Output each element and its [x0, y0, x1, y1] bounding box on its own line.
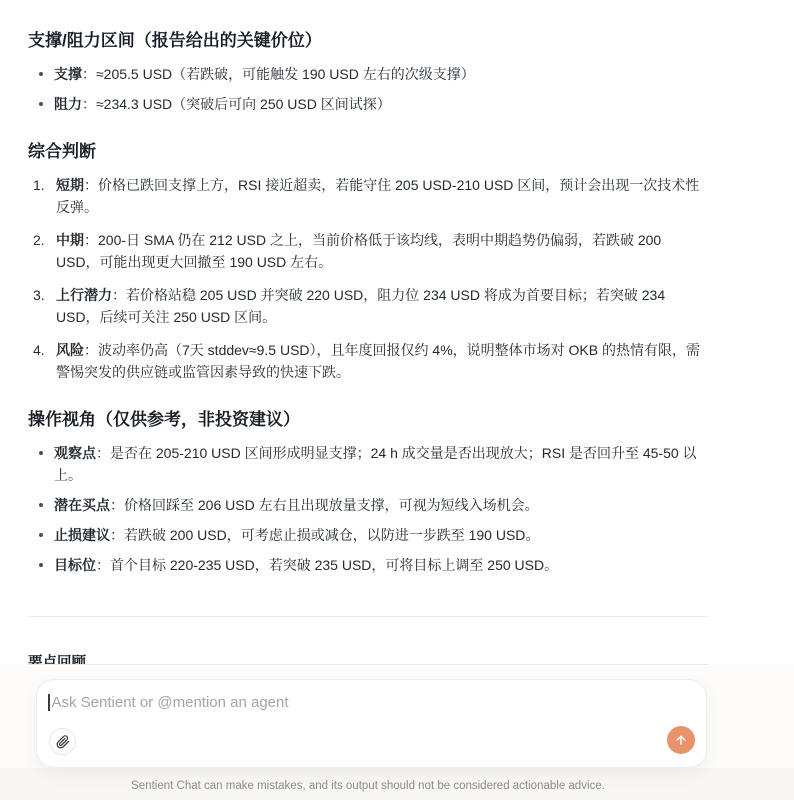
action-view-list: 观察点：是否在 205-210 USD 区间形成明显支撑；24 h 成交量是否出… — [28, 442, 708, 576]
section-heading-support-resistance: 支撑/阻力区间（报告给出的关键价位） — [28, 30, 708, 52]
support-resistance-list: 支撑：≈205.5 USD（若跌破，可能触发 190 USD 左右的次级支撑） … — [28, 63, 708, 115]
chat-composer: Ask Sentient or @mention an agent — [36, 679, 707, 768]
item-label: 中期 — [56, 232, 84, 248]
disclaimer-text: Sentient Chat can make mistakes, and its… — [131, 780, 605, 792]
item-text: ：200-日 SMA 仍在 212 USD 之上，当前价格低于该均线，表明中期趋… — [56, 232, 661, 270]
item-text: ：价格已跌回支撑上方，RSI 接近超卖，若能守住 205 USD-210 USD… — [56, 177, 699, 215]
list-item: 风险：波动率仍高（7天 stddev≈9.5 USD），且年度回报仅约 4%，说… — [28, 339, 708, 383]
composer-top-divider — [28, 664, 708, 665]
item-text: ：若跌破 200 USD，可考虑止损或减仓，以防进一步跌至 190 USD。 — [110, 527, 539, 543]
section-divider — [28, 616, 708, 617]
list-item: 止损建议：若跌破 200 USD，可考虑止损或减仓，以防进一步跌至 190 US… — [28, 524, 708, 546]
item-label: 止损建议 — [54, 527, 110, 543]
list-item: 上行潜力：若价格站稳 205 USD 并突破 220 USD，阻力位 234 U… — [28, 284, 708, 328]
item-text: ：≈234.3 USD（突破后可向 250 USD 区间试探） — [82, 96, 391, 112]
section-heading-overall-judgement: 综合判断 — [28, 141, 708, 163]
chat-input-placeholder: Ask Sentient or @mention an agent — [52, 694, 289, 711]
item-label: 目标位 — [54, 557, 96, 573]
overall-judgement-list: 短期：价格已跌回支撑上方，RSI 接近超卖，若能守住 205 USD-210 U… — [28, 174, 708, 383]
paperclip-icon — [56, 735, 70, 749]
list-item: 目标位：首个目标 220-235 USD，若突破 235 USD，可将目标上调至… — [28, 554, 708, 576]
item-label: 支撑 — [54, 66, 82, 82]
item-text: ：是否在 205-210 USD 区间形成明显支撑；24 h 成交量是否出现放大… — [54, 445, 697, 483]
item-text: ：首个目标 220-235 USD，若突破 235 USD，可将目标上调至 25… — [96, 557, 558, 573]
section-heading-action-view: 操作视角（仅供参考，非投资建议） — [28, 409, 708, 431]
section-support-resistance: 支撑/阻力区间（报告给出的关键价位） 支撑：≈205.5 USD（若跌破，可能触… — [28, 30, 708, 115]
attach-file-button[interactable] — [49, 728, 76, 755]
section-action-view: 操作视角（仅供参考，非投资建议） 观察点：是否在 205-210 USD 区间形… — [28, 409, 708, 576]
list-item: 支撑：≈205.5 USD（若跌破，可能触发 190 USD 左右的次级支撑） — [28, 63, 708, 85]
item-label: 短期 — [56, 177, 84, 193]
item-label: 风险 — [56, 342, 84, 358]
item-text: ：≈205.5 USD（若跌破，可能触发 190 USD 左右的次级支撑） — [82, 66, 475, 82]
list-item: 阻力：≈234.3 USD（突破后可向 250 USD 区间试探） — [28, 93, 708, 115]
list-item: 中期：200-日 SMA 仍在 212 USD 之上，当前价格低于该均线，表明中… — [28, 229, 708, 273]
section-overall-judgement: 综合判断 短期：价格已跌回支撑上方，RSI 接近超卖，若能守住 205 USD-… — [28, 141, 708, 383]
assistant-message: 支撑/阻力区间（报告给出的关键价位） 支撑：≈205.5 USD（若跌破，可能触… — [0, 0, 794, 770]
composer-region: Ask Sentient or @mention an agent — [0, 664, 794, 800]
list-item: 短期：价格已跌回支撑上方，RSI 接近超卖，若能守住 205 USD-210 U… — [28, 174, 708, 218]
text-caret — [48, 694, 50, 711]
list-item: 观察点：是否在 205-210 USD 区间形成明显支撑；24 h 成交量是否出… — [28, 442, 708, 486]
item-text: ：若价格站稳 205 USD 并突破 220 USD，阻力位 234 USD 将… — [56, 287, 665, 325]
item-label: 观察点 — [54, 445, 96, 461]
send-button[interactable] — [667, 726, 695, 754]
footer: Sentient Chat can make mistakes, and its… — [0, 768, 794, 800]
item-text: ：价格回踩至 206 USD 左右且出现放量支撑，可视为短线入场机会。 — [110, 497, 539, 513]
item-text: ：波动率仍高（7天 stddev≈9.5 USD），且年度回报仅约 4%，说明整… — [56, 342, 700, 380]
item-label: 潜在买点 — [54, 497, 110, 513]
arrow-up-icon — [674, 733, 688, 747]
item-label: 上行潜力 — [56, 287, 112, 303]
item-label: 阻力 — [54, 96, 82, 112]
chat-input[interactable]: Ask Sentient or @mention an agent — [37, 680, 706, 711]
chat-page: 支撑/阻力区间（报告给出的关键价位） 支撑：≈205.5 USD（若跌破，可能触… — [0, 0, 794, 800]
list-item: 潜在买点：价格回踩至 206 USD 左右且出现放量支撑，可视为短线入场机会。 — [28, 494, 708, 516]
